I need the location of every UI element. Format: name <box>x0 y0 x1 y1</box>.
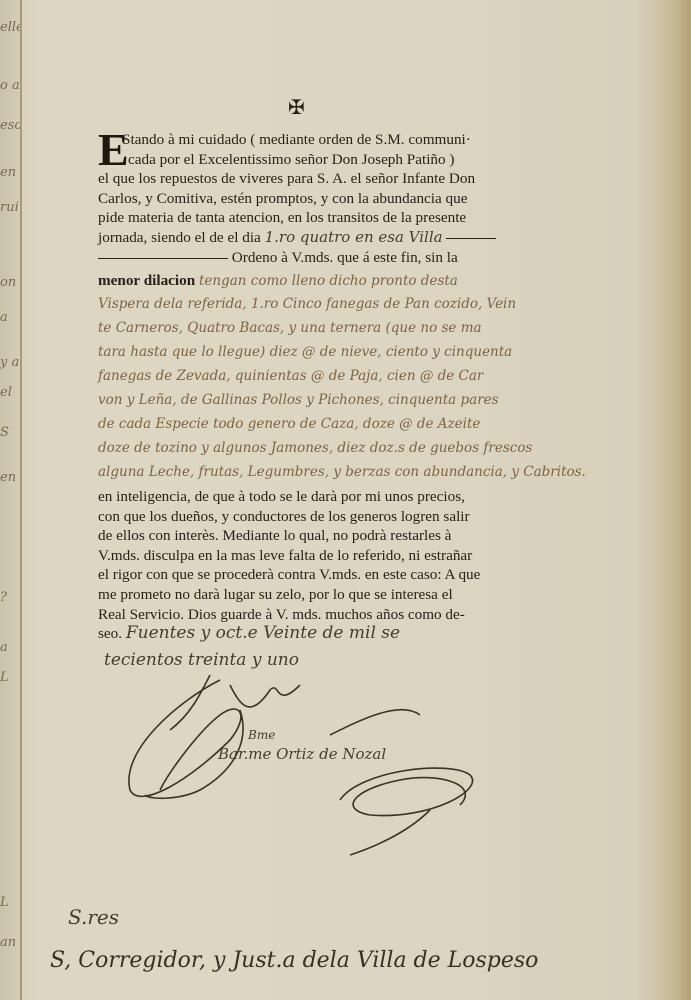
handwritten-insert: 1.ro quatro en esa Villa <box>265 228 443 246</box>
left-fragment: on <box>0 275 16 290</box>
handwritten-line: alguna Leche, frutas, Legumbres, y berza… <box>98 460 618 484</box>
printed-line: Carlos, y Comitiva, estén promptos, y co… <box>98 189 568 209</box>
address-salutation: S.res <box>68 905 119 929</box>
signature-flourish-text: Bme <box>248 728 275 742</box>
printed-line: Stando à mi cuidado ( mediante orden de … <box>98 130 568 150</box>
handwritten-line: Vispera dela referida, 1.ro Cinco fanega… <box>98 292 618 316</box>
left-fragment: L <box>0 670 9 685</box>
left-fragment: L <box>0 895 9 910</box>
page-edge <box>681 0 691 1000</box>
document-page: elle o a eso en rui on a y a el S en ? a… <box>0 0 691 1000</box>
handwritten-line: de cada Especie todo genero de Caza, doz… <box>98 412 618 436</box>
address-line: S, Corregidor, y Just.a dela Villa de Lo… <box>50 948 538 973</box>
cross-icon: ✠ <box>288 95 305 120</box>
printed-line: de ellos con interès. Mediante lo qual, … <box>98 526 568 546</box>
printed-line: V.mds. disculpa en la mas leve falta de … <box>98 546 568 566</box>
adjacent-page-strip: elle o a eso en rui on a y a el S en ? a… <box>0 0 22 1000</box>
handwritten-line: te Carneros, Quatro Bacas, y una ternera… <box>98 316 618 340</box>
left-fragment: an <box>0 935 16 950</box>
printed-text: Ordeno à V.mds. que á este fin, sin la <box>232 249 458 266</box>
left-fragment: eso <box>0 118 22 133</box>
printed-text: seo. <box>98 625 122 642</box>
printed-line: me prometo no darà lugar su zelo, por lo… <box>98 585 568 605</box>
printed-line-7: Ordeno à V.mds. que á este fin, sin la <box>98 248 568 268</box>
left-fragment: o a <box>0 78 20 93</box>
printed-text: menor dilacion <box>98 272 195 289</box>
handwritten-line: fanegas de Zevada, quinientas @ de Paja,… <box>98 364 618 388</box>
printed-line-8: menor dilacion tengan como lleno dicho p… <box>98 271 568 291</box>
handwritten-line: von y Leña, de Gallinas Pollos y Pichone… <box>98 388 618 412</box>
printed-paragraph-2: en inteligencia, de que à todo se le dar… <box>98 487 568 644</box>
left-fragment: en <box>0 165 16 180</box>
handwritten-date: Fuentes y oct.e Veinte de mil se <box>126 623 400 643</box>
left-fragment: el <box>0 385 12 400</box>
printed-line: pide materia de tanta atencion, en los t… <box>98 208 568 228</box>
printed-line: cada por el Excelentissimo señor Don Jos… <box>98 150 568 170</box>
left-fragment: rui <box>0 200 19 215</box>
left-fragment: y a <box>0 355 19 370</box>
printed-line: el rigor con que se procederà contra V.m… <box>98 565 568 585</box>
printed-line: Real Servicio. Dios guarde à V. mds. muc… <box>98 605 568 625</box>
signature-name: Bar.me Ortiz de Nozal <box>218 745 386 763</box>
handwritten-line: tara hasta que lo llegue) diez @ de niev… <box>98 340 618 364</box>
printed-paragraph-1: Stando à mi cuidado ( mediante orden de … <box>98 130 568 291</box>
left-fragment: S <box>0 425 9 440</box>
left-fragment: a <box>0 640 8 655</box>
left-fragment: elle <box>0 20 22 35</box>
printed-text: jornada, siendo el de el dia <box>98 229 261 246</box>
handwritten-line: doze de tozino y algunos Jamones, diez d… <box>98 436 618 460</box>
left-fragment: en <box>0 470 16 485</box>
printed-line-6: jornada, siendo el de el dia 1.ro quatro… <box>98 228 568 248</box>
printed-line-last: seo. Fuentes y oct.e Veinte de mil se <box>98 624 568 644</box>
left-fragment: a <box>0 310 8 325</box>
handwritten-provisions-list: Vispera dela referida, 1.ro Cinco fanega… <box>98 292 618 484</box>
left-fragment: ? <box>0 590 7 605</box>
printed-line: con que los dueños, y conductores de los… <box>98 507 568 527</box>
printed-line: en inteligencia, de que à todo se le dar… <box>98 487 568 507</box>
printed-line: el que los repuestos de viveres para S. … <box>98 169 568 189</box>
handwritten-insert: tengan como lleno dicho pronto desta <box>199 273 458 289</box>
